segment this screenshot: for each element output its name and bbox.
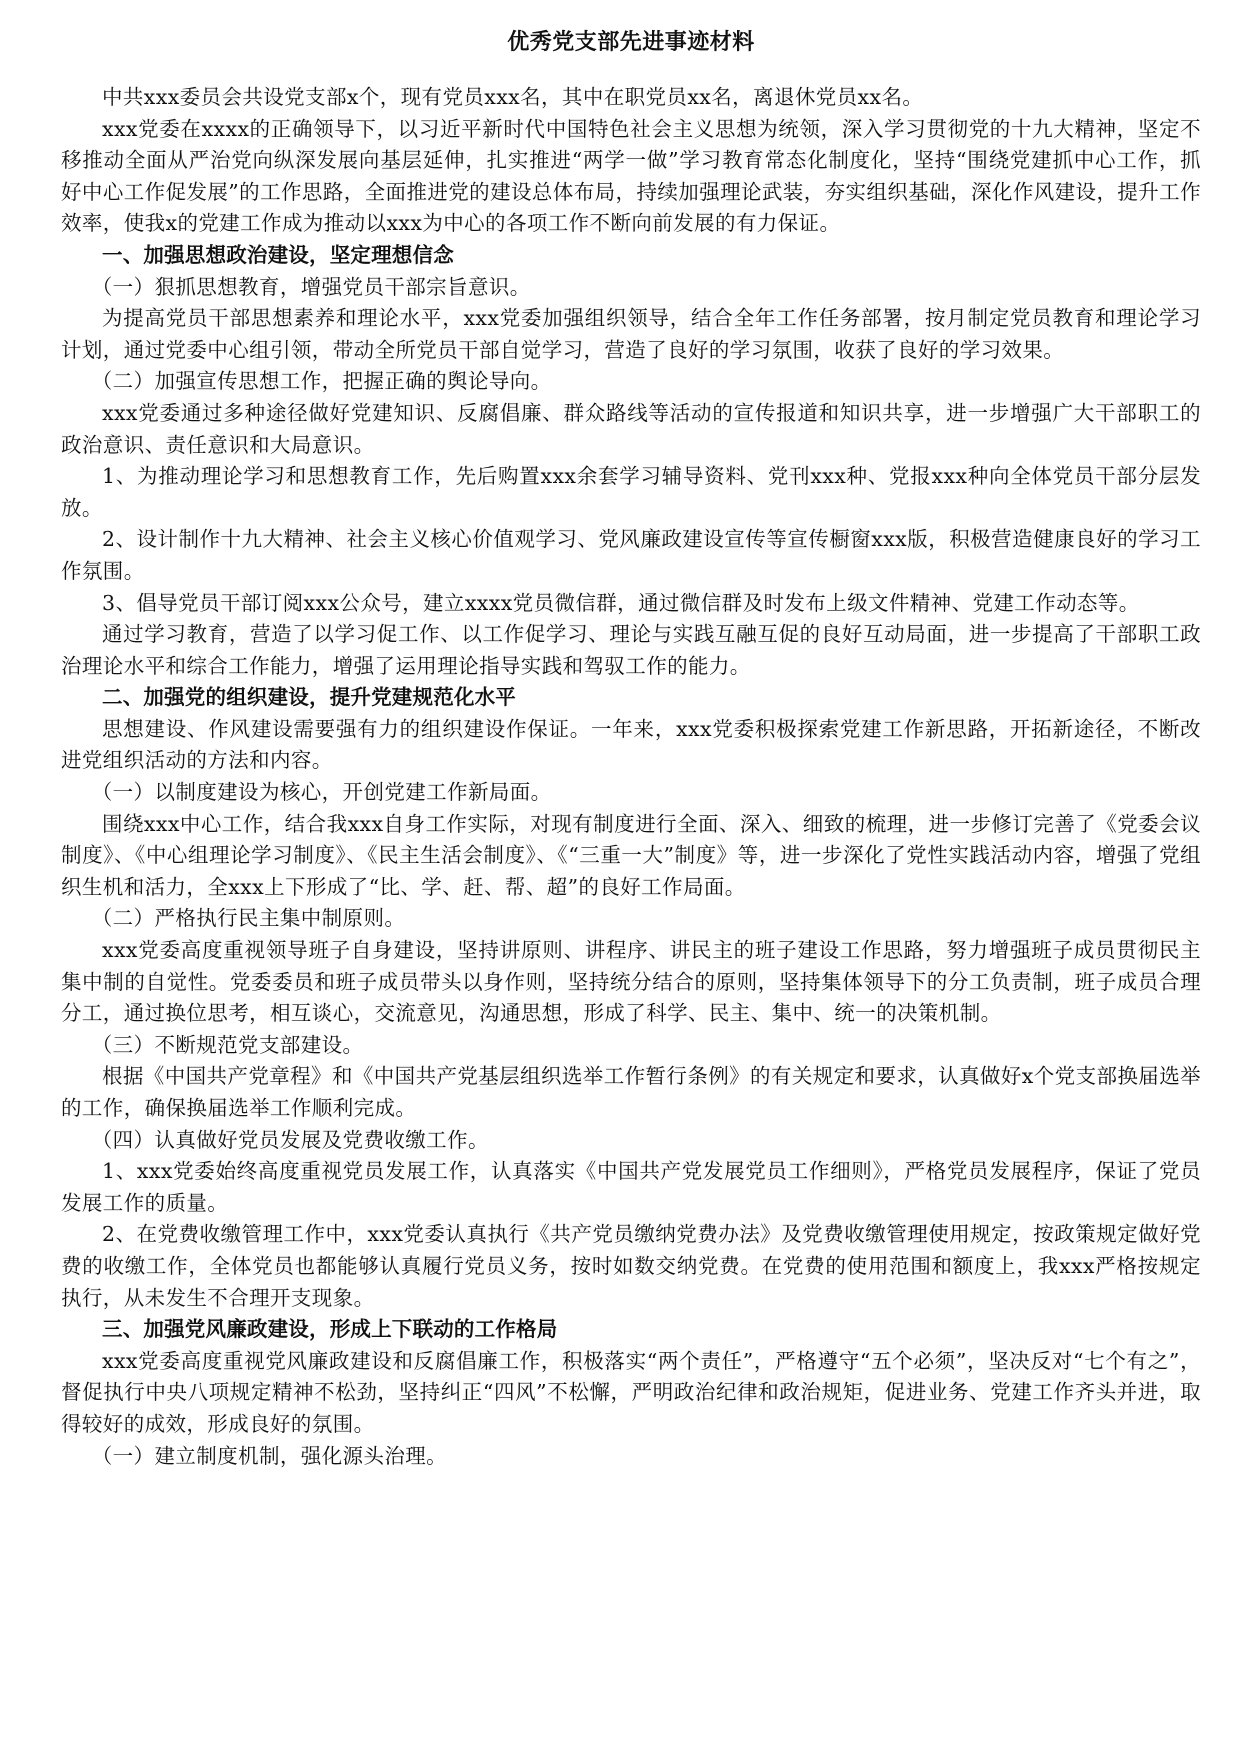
subsection-heading-2-4: （四）认真做好党员发展及党费收缴工作。 — [61, 1125, 1201, 1157]
list-item-2: 2、在党费收缴管理工作中，xxx党委认真执行《共产党员缴纳党费办法》及党费收缴管… — [61, 1219, 1201, 1314]
paragraph-intro-stats: 中共xxx委员会共设党支部x个，现有党员xxx名，其中在职党员xx名，离退休党员… — [61, 82, 1201, 114]
subsection-heading-2-2: （二）严格执行民主集中制原则。 — [61, 903, 1201, 935]
subsection-heading-1-2: （二）加强宣传思想工作，把握正确的舆论导向。 — [61, 366, 1201, 398]
list-item-1: 1、xxx党委始终高度重视党员发展工作，认真落实《中国共产党发展党员工作细则》，… — [61, 1156, 1201, 1219]
paragraph: xxx党委高度重视党风廉政建设和反腐倡廉工作，积极落实“两个责任”，严格遵守“五… — [61, 1346, 1201, 1441]
document-body: 中共xxx委员会共设党支部x个，现有党员xxx名，其中在职党员xx名，离退休党员… — [61, 82, 1201, 1472]
section-heading-1: 一、加强思想政治建设，坚定理想信念 — [61, 240, 1201, 272]
section-heading-2: 二、加强党的组织建设，提升党建规范化水平 — [61, 682, 1201, 714]
subsection-heading-1-1: （一）狠抓思想教育，增强党员干部宗旨意识。 — [61, 272, 1201, 304]
subsection-heading-2-1: （一）以制度建设为核心，开创党建工作新局面。 — [61, 777, 1201, 809]
paragraph-intro-overview: xxx党委在xxxx的正确领导下，以习近平新时代中国特色社会主义思想为统领，深入… — [61, 114, 1201, 240]
subsection-heading-3-1: （一）建立制度机制，强化源头治理。 — [61, 1441, 1201, 1473]
document-page: 优秀党支部先进事迹材料 中共xxx委员会共设党支部x个，现有党员xxx名，其中在… — [61, 28, 1201, 1472]
document-title: 优秀党支部先进事迹材料 — [61, 28, 1201, 58]
paragraph: 通过学习教育，营造了以学习促工作、以工作促学习、理论与实践互融互促的良好互动局面… — [61, 619, 1201, 682]
paragraph: xxx党委通过多种途径做好党建知识、反腐倡廉、群众路线等活动的宣传报道和知识共享… — [61, 398, 1201, 461]
list-item-2: 2、设计制作十九大精神、社会主义核心价值观学习、党风廉政建设宣传等宣传橱窗xxx… — [61, 524, 1201, 587]
paragraph: 根据《中国共产党章程》和《中国共产党基层组织选举工作暂行条例》的有关规定和要求，… — [61, 1061, 1201, 1124]
subsection-heading-2-3: （三）不断规范党支部建设。 — [61, 1030, 1201, 1062]
section-heading-3: 三、加强党风廉政建设，形成上下联动的工作格局 — [61, 1314, 1201, 1346]
paragraph: 围绕xxx中心工作，结合我xxx自身工作实际，对现有制度进行全面、深入、细致的梳… — [61, 809, 1201, 904]
paragraph: xxx党委高度重视领导班子自身建设，坚持讲原则、讲程序、讲民主的班子建设工作思路… — [61, 935, 1201, 1030]
paragraph: 为提高党员干部思想素养和理论水平，xxx党委加强组织领导，结合全年工作任务部署，… — [61, 303, 1201, 366]
list-item-1: 1、为推动理论学习和思想教育工作，先后购置xxx余套学习辅导资料、党刊xxx种、… — [61, 461, 1201, 524]
paragraph: 思想建设、作风建设需要强有力的组织建设作保证。一年来，xxx党委积极探索党建工作… — [61, 714, 1201, 777]
list-item-3: 3、倡导党员干部订阅xxx公众号，建立xxxx党员微信群，通过微信群及时发布上级… — [61, 588, 1201, 620]
